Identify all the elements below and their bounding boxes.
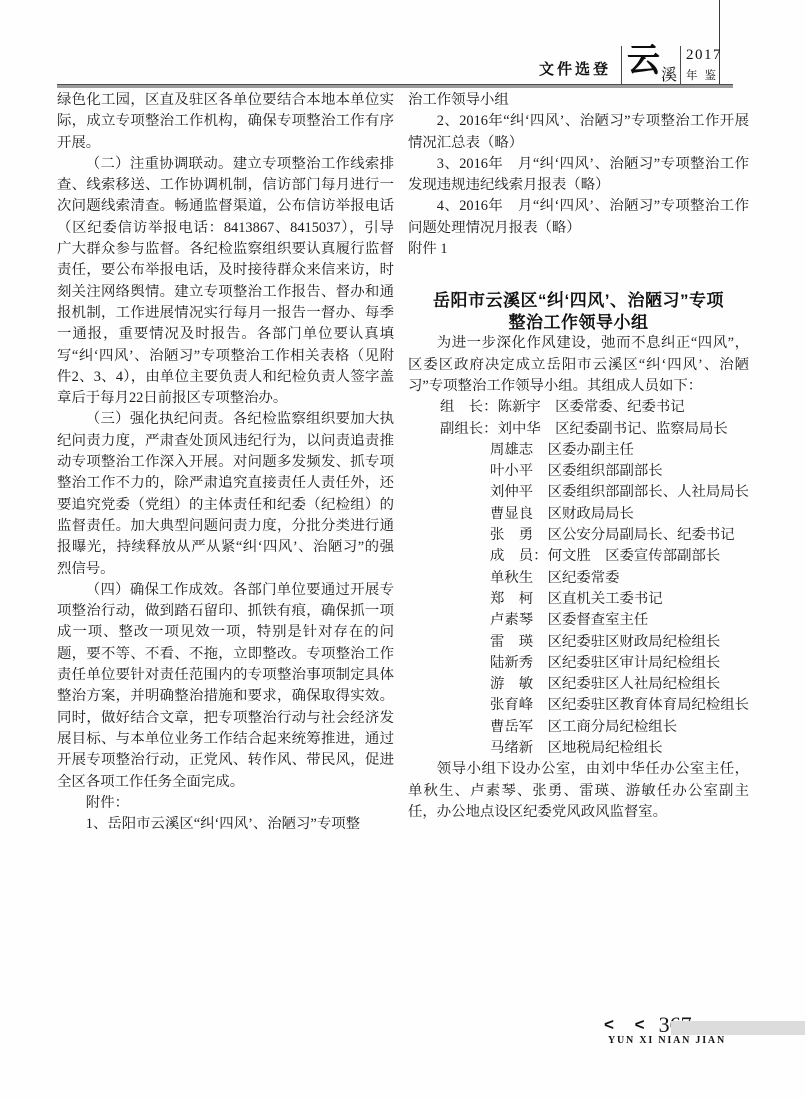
masthead-logo-main: 云 [627, 41, 660, 81]
paragraph-continuation: 治工作领导小组 [408, 90, 749, 111]
attachments-label: 附件： [57, 793, 394, 814]
roster-line: 曹岳军 区工商分局纪检组长 [408, 717, 749, 738]
roster-line: 曹显良 区财政局局长 [408, 504, 749, 525]
paragraph-continuation: 绿色化工园，区直及驻区各单位要结合本地本单位实际，成立专项整治工作机构，确保专项… [57, 90, 394, 154]
closing-paragraph: 领导小组下设办公室，由刘中华任办公室主任，单秋生、卢素琴、张勇、雷瑛、游敏任办公… [408, 759, 749, 823]
attachment-item-2: 2、2016年“纠‘四风’、治陋习”专项整治工作开展情况汇总表（略） [408, 111, 749, 154]
edition-year: 2017 [686, 47, 722, 64]
roster-line: 成 员：何文胜 区委宣传部副部长 [408, 546, 749, 567]
header-separator-right [680, 46, 681, 84]
roster-line: 马绪新 区地税局纪检组长 [408, 738, 749, 759]
roster-line: 组 长：陈新宇 区委常委、纪委书记 [408, 397, 749, 418]
roster-line: 卢素琴 区委督查室主任 [408, 610, 749, 631]
roster-line: 副组长：刘中华 区纪委副书记、监察局局长 [408, 419, 749, 440]
roster-line: 陆新秀 区纪委驻区审计局纪检组长 [408, 653, 749, 674]
footer-gray-bar [671, 1021, 805, 1035]
edition-label: 年鉴 [686, 67, 723, 83]
paragraph: （二）注重协调联动。建立专项整治工作线索排查、线索移送、工作协调机制，信访部门每… [57, 154, 394, 410]
appendix-label: 附件 1 [408, 239, 749, 260]
journal-name: YUN XI NIAN JIAN [608, 1035, 726, 1046]
roster-line: 单秋生 区纪委常委 [408, 568, 749, 589]
roster-line: 张育峰 区纪委驻区教育体育局纪检组长 [408, 695, 749, 716]
header-horizontal-rule [57, 84, 733, 88]
roster-line: 雷 瑛 区纪委驻区财政局纪检组长 [408, 632, 749, 653]
roster-line: 叶小平 区委组织部副部长 [408, 461, 749, 482]
roster-line: 周雄志 区委办副主任 [408, 440, 749, 461]
roster-line: 张 勇 区公安分局副局长、纪委书记 [408, 525, 749, 546]
paragraph: （四）确保工作成效。各部门单位要通过开展专项整治行动，做到踏石留印、抓铁有痕，确… [57, 580, 394, 793]
appendix-heading: 岳阳市云溪区“纠‘四风’、治陋习”专项 整治工作领导小组 [408, 290, 749, 333]
yearbook-scan-page: 文件选登 云 溪 2017 年鉴 绿色化工园，区直及驻区各单位要结合本地本单位实… [0, 0, 805, 1099]
attachment-item-4: 4、2016年 月“纠‘四风’、治陋习”专项整治工作问题处理情况月报表（略） [408, 196, 749, 239]
roster-line: 刘仲平 区委组织部副部长、人社局局长 [408, 482, 749, 503]
intro-paragraph: 为进一步深化作风建设，弛而不息纠正“四风”，区委区政府决定成立岳阳市云溪区“纠‘… [408, 333, 749, 397]
masthead-logo-sub: 溪 [661, 62, 677, 85]
pager-arrows-icon: < < [604, 1015, 653, 1034]
attachment-item-3: 3、2016年 月“纠‘四风’、治陋习”专项整治工作发现违规违纪线索月报表（略） [408, 154, 749, 197]
roster-list: 组 长：陈新宇 区委常委、纪委书记 副组长：刘中华 区纪委副书记、监察局局长 周… [408, 397, 749, 759]
appendix-heading-line-1: 岳阳市云溪区“纠‘四风’、治陋习”专项 [408, 290, 749, 312]
attachment-item-1: 1、岳阳市云溪区“纠‘四风’、治陋习”专项整 [57, 814, 394, 835]
right-text-column: 治工作领导小组 2、2016年“纠‘四风’、治陋习”专项整治工作开展情况汇总表（… [408, 90, 749, 823]
roster-line: 郑 柯 区直机关工委书记 [408, 589, 749, 610]
roster-line: 游 敏 区纪委驻区人社局纪检组长 [408, 674, 749, 695]
header-separator-left [621, 46, 622, 84]
paragraph: （三）强化执纪问责。各纪检监察组织要加大执纪问责力度，严肃查处顶风违纪行为，以问… [57, 409, 394, 579]
appendix-heading-line-2: 整治工作领导小组 [408, 312, 749, 334]
left-text-column: 绿色化工园，区直及驻区各单位要结合本地本单位实际，成立专项整治工作机构，确保专项… [57, 90, 394, 835]
header-section-label: 文件选登 [539, 58, 611, 79]
